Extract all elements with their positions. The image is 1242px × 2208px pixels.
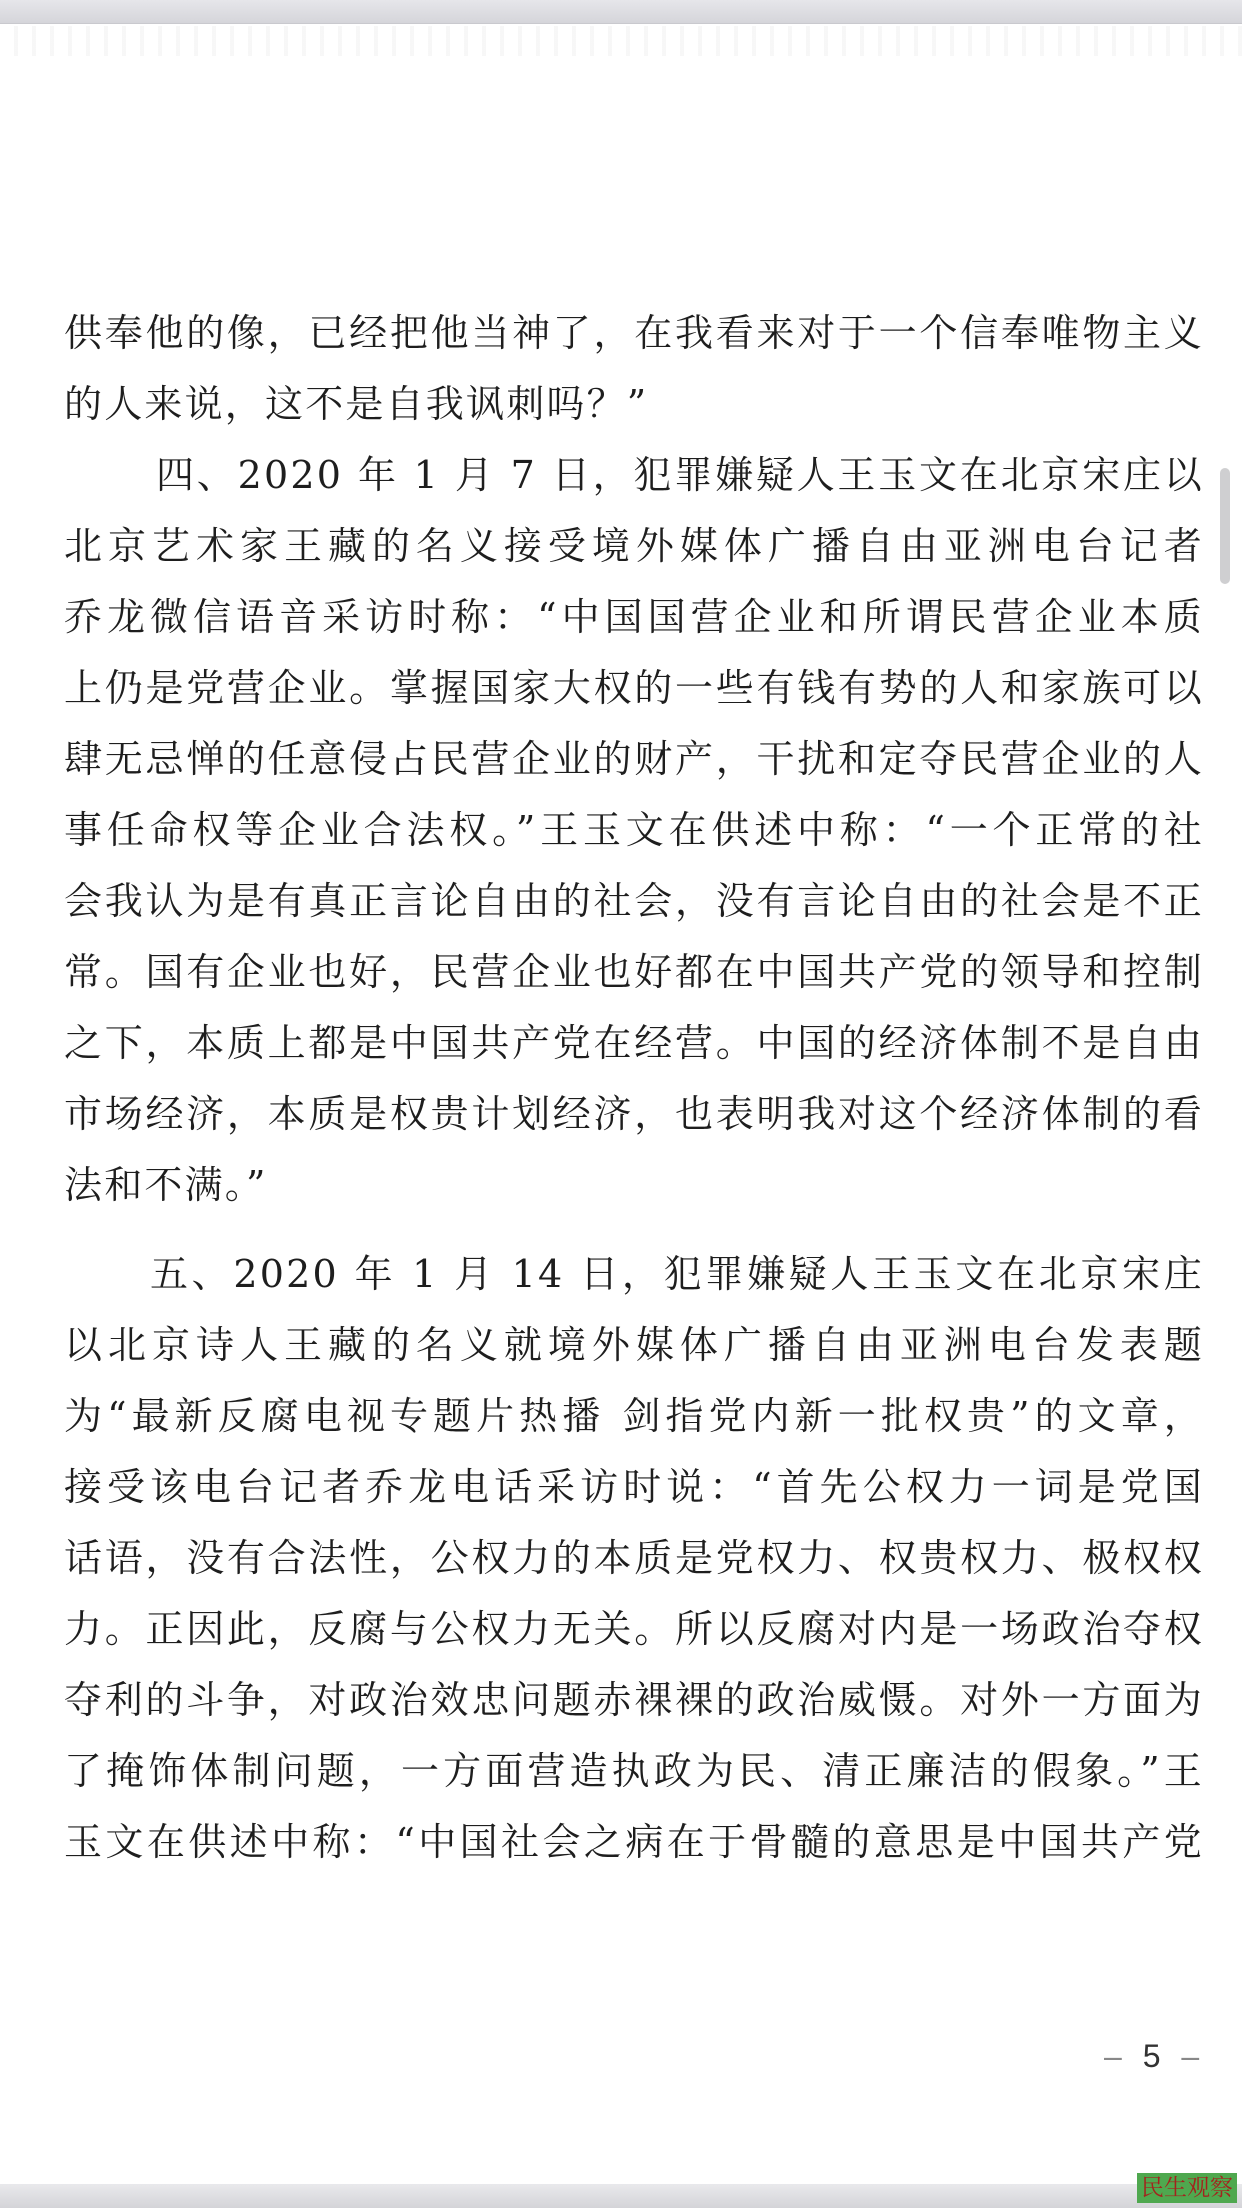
page-number-left-dash: – [1104, 2038, 1128, 2074]
text-line: 为“最新反腐电视专题片热播 剑指党内新一批权贵”的文章， [64, 1391, 1204, 1441]
text-line: 肆无忌惮的任意侵占民营企业的财产，干扰和定夺民营企业的人 [64, 734, 1204, 784]
page-number-value: 5 [1143, 2038, 1167, 2074]
text-line: 的人来说，这不是自我讽刺吗？” [64, 379, 1204, 429]
text-line: 事任命权等企业合法权。”王玉文在供述中称：“一个正常的社 [64, 805, 1204, 855]
watermark-badge: 民生观察 [1137, 2173, 1237, 2203]
text-line: 常。国有企业也好，民营企业也好都在中国共产党的领导和控制 [64, 947, 1204, 997]
text-line: 供奉他的像，已经把他当神了，在我看来对于一个信奉唯物主义 [64, 308, 1204, 358]
text-line: 力。正因此，反腐与公权力无关。所以反腐对内是一场政治夺权 [64, 1604, 1204, 1654]
text-line: 之下，本质上都是中国共产党在经营。中国的经济体制不是自由 [64, 1018, 1204, 1068]
scrollbar-thumb[interactable] [1220, 468, 1230, 584]
bottom-toolbar-edge [0, 2184, 1242, 2208]
text-line: 市场经济，本质是权贵计划经济，也表明我对这个经济体制的看 [64, 1089, 1204, 1139]
text-line: 了掩饰体制问题，一方面营造执政为民、清正廉洁的假象。”王 [64, 1746, 1204, 1796]
page-number-right-dash: – [1181, 2038, 1205, 2074]
text-line: 会我认为是有真正言论自由的社会，没有言论自由的社会是不正 [64, 876, 1204, 926]
paragraph-start-line: 四、2020 年 1 月 7 日，犯罪嫌疑人王玉文在北京宋庄以 [156, 450, 1204, 500]
paragraph-start-line: 五、2020 年 1 月 14 日，犯罪嫌疑人王玉文在北京宋庄 [150, 1249, 1204, 1299]
text-line: 上仍是党营企业。掌握国家大权的一些有钱有势的人和家族可以 [64, 663, 1204, 713]
vertical-scrollbar[interactable] [1220, 468, 1232, 588]
page-number: – 5 – [1104, 2038, 1205, 2075]
text-line: 夺利的斗争，对政治效忠问题赤裸裸的政治威慑。对外一方面为 [64, 1675, 1204, 1725]
text-line: 话语，没有合法性，公权力的本质是党权力、权贵权力、极权权 [64, 1533, 1204, 1583]
text-line: 法和不满。” [64, 1160, 1204, 1210]
text-line: 北京艺术家王藏的名义接受境外媒体广播自由亚洲电台记者 [64, 521, 1204, 571]
text-line: 接受该电台记者乔龙电话采访时说：“首先公权力一词是党国 [64, 1462, 1204, 1512]
text-line: 玉文在供述中称：“中国社会之病在于骨髓的意思是中国共产党 [64, 1817, 1204, 1867]
text-line: 以北京诗人王藏的名义就境外媒体广播自由亚洲电台发表题 [64, 1320, 1204, 1370]
document-page: 供奉他的像，已经把他当神了，在我看来对于一个信奉唯物主义 的人来说，这不是自我讽… [0, 0, 1242, 2208]
text-line: 乔龙微信语音采访时称：“中国国营企业和所谓民营企业本质 [64, 592, 1204, 642]
